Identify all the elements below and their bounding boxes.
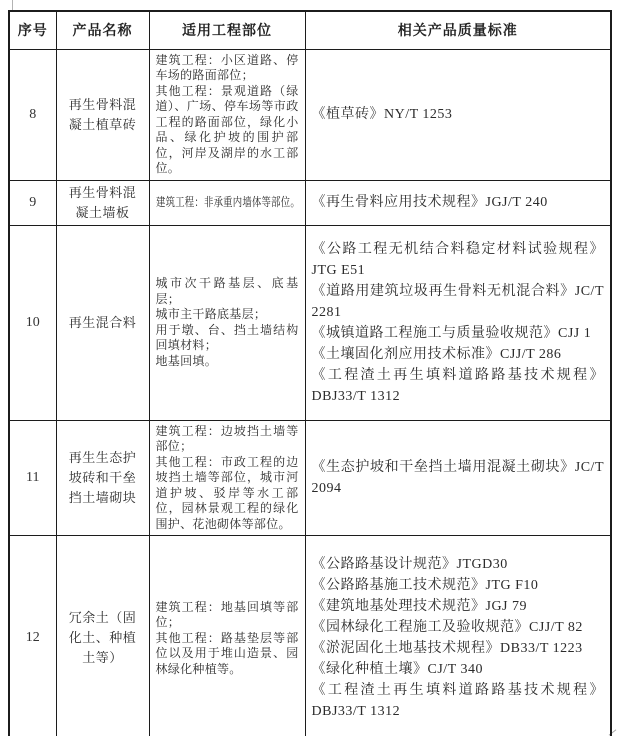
col-header-no: 序号: [9, 11, 56, 49]
product-name-cell: 再生混合料: [56, 225, 149, 420]
table-row-11: 11 再生生态护坡砖和干垒挡土墙砌块 建筑工程：边坡挡土墙等部位； 其他工程：市…: [9, 420, 611, 536]
standards-cell: 《再生骨料应用技术规程》JGJ/T 240: [305, 180, 611, 225]
applicable-parts-cell: 建筑工程：地基回填等部位； 其他工程：路基垫层等部位以及用于堆山造景、园林绿化种…: [149, 536, 305, 736]
part-item: 其他工程：景观道路（绿道）、广场、停车场等市政工程的路面部位，绿化小品、绿化护坡…: [156, 84, 299, 177]
col-header-product-name: 产品名称: [56, 11, 149, 49]
product-name-cell: 冗余土（固化土、种植土等）: [56, 536, 149, 736]
row-no-cell: 10: [9, 225, 56, 420]
col-header-standards: 相关产品质量标准: [305, 11, 611, 49]
part-item: 建筑工程：地基回填等部位；: [156, 600, 299, 631]
standard-item: 《工程渣土再生填料道路路基技术规程》DBJ33/T 1312: [312, 365, 605, 407]
standard-item: 《土壤固化剂应用技术标准》CJJ/T 286: [312, 344, 605, 365]
table-row-8: 8 再生骨料混凝土植草砖 建筑工程：小区道路、停车场的路面部位； 其他工程：景观…: [9, 49, 611, 180]
applicable-parts-cell: 城市次干路基层、底基层； 城市主干路底基层； 用于墩、台、挡土墙结构回填材料； …: [149, 225, 305, 420]
applicable-parts-cell: 建筑工程：非承重内墙体等部位。: [149, 180, 305, 225]
standard-item: 《公路路基施工技术规范》JTG F10: [312, 575, 605, 596]
applicable-parts-cell: 建筑工程：小区道路、停车场的路面部位； 其他工程：景观道路（绿道）、广场、停车场…: [149, 49, 305, 180]
table-row-9: 9 再生骨料混凝土墙板 建筑工程：非承重内墙体等部位。 《再生骨料应用技术规程》…: [9, 180, 611, 225]
standards-cell: 《生态护坡和干垒挡土墙用混凝土砌块》JC/T 2094: [305, 420, 611, 536]
standard-item: 《淤泥固化土地基技术规程》DB33/T 1223: [312, 638, 605, 659]
table-header-row: 序号 产品名称 适用工程部位 相关产品质量标准: [9, 11, 611, 49]
standard-item: 《建筑地基处理技术规范》JGJ 79: [312, 596, 605, 617]
standard-item: 《工程渣土再生填料道路路基技术规程》DBJ33/T 1312: [312, 680, 605, 722]
product-standards-table: 序号 产品名称 适用工程部位 相关产品质量标准 8 再生骨料混凝土植草砖 建筑工…: [8, 10, 612, 736]
part-item: 城市次干路基层、底基层；: [156, 276, 299, 307]
product-name-cell: 再生生态护坡砖和干垒挡土墙砌块: [56, 420, 149, 536]
row-no-cell: 12: [9, 536, 56, 736]
row-no-cell: 9: [9, 180, 56, 225]
standard-item: 《绿化种植土壤》CJ/T 340: [312, 659, 605, 680]
row-no-cell: 11: [9, 420, 56, 536]
standard-item: 《公路路基设计规范》JTGD30: [312, 554, 605, 575]
standards-cell: 《公路工程无机结合料稳定材料试验规程》JTG E51 《道路用建筑垃圾再生骨料无…: [305, 225, 611, 420]
standard-item: 《再生骨料应用技术规程》JGJ/T 240: [312, 192, 605, 213]
standard-item: 《园林绿化工程施工及验收规范》CJJ/T 82: [312, 617, 605, 638]
row-no-cell: 8: [9, 49, 56, 180]
standard-item: 《道路用建筑垃圾再生骨料无机混合料》JC/T 2281: [312, 281, 605, 323]
applicable-parts-cell: 建筑工程：边坡挡土墙等部位； 其他工程：市政工程的边坡挡土墙等部位，城市河道护坡…: [149, 420, 305, 536]
standards-cell: 《公路路基设计规范》JTGD30 《公路路基施工技术规范》JTG F10 《建筑…: [305, 536, 611, 736]
page-top-artifact-line: [12, 0, 13, 10]
part-item: 用于墩、台、挡土墙结构回填材料；: [156, 323, 299, 354]
part-item: 建筑工程：非承重内墙体等部位。: [156, 195, 268, 211]
table-row-12: 12 冗余土（固化土、种植土等） 建筑工程：地基回填等部位； 其他工程：路基垫层…: [9, 536, 611, 736]
part-item: 建筑工程：边坡挡土墙等部位；: [156, 424, 299, 455]
part-item: 城市主干路底基层；: [156, 307, 299, 323]
part-item: 其他工程：路基垫层等部位以及用于堆山造景、园林绿化种植等。: [156, 631, 299, 678]
standard-item: 《生态护坡和干垒挡土墙用混凝土砌块》JC/T 2094: [312, 457, 605, 499]
part-item: 建筑工程：小区道路、停车场的路面部位；: [156, 53, 299, 84]
standards-cell: 《植草砖》NY/T 1253: [305, 49, 611, 180]
part-item: 地基回填。: [156, 354, 299, 370]
document-page: 序号 产品名称 适用工程部位 相关产品质量标准 8 再生骨料混凝土植草砖 建筑工…: [0, 0, 618, 736]
standard-item: 《植草砖》NY/T 1253: [312, 104, 605, 125]
standard-item: 《城镇道路工程施工与质量验收规范》CJJ 1: [312, 323, 605, 344]
part-item: 其他工程：市政工程的边坡挡土墙等部位，城市河道护坡、驳岸等水工部位，园林景观工程…: [156, 455, 299, 533]
standard-item: 《公路工程无机结合料稳定材料试验规程》JTG E51: [312, 239, 605, 281]
product-name-cell: 再生骨料混凝土墙板: [56, 180, 149, 225]
table-row-10: 10 再生混合料 城市次干路基层、底基层； 城市主干路底基层； 用于墩、台、挡土…: [9, 225, 611, 420]
product-name-cell: 再生骨料混凝土植草砖: [56, 49, 149, 180]
col-header-applicable-parts: 适用工程部位: [149, 11, 305, 49]
